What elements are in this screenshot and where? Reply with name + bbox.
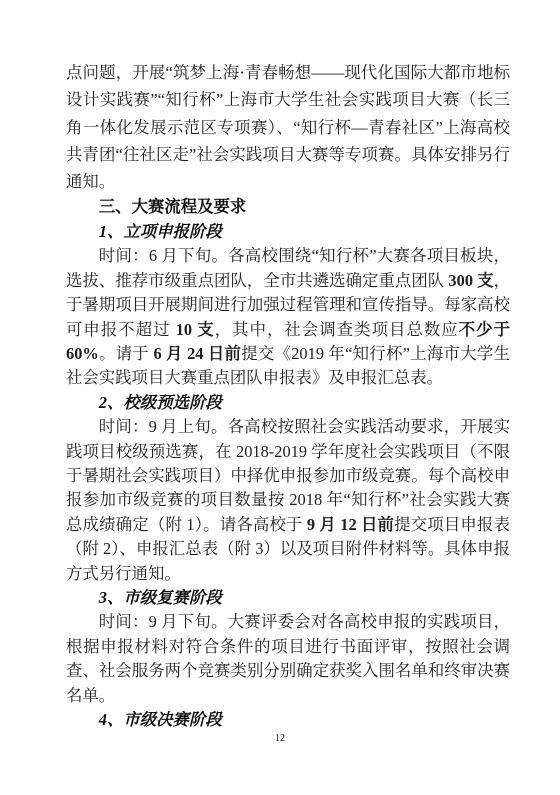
text-run: 点问题，开展“筑梦上海·青春畅想——现代化国际大都市地标设计实践赛”“知行杯”上…: [66, 63, 510, 191]
document-page: 点问题，开展“筑梦上海·青春畅想——现代化国际大都市地标设计实践赛”“知行杯”上…: [0, 0, 560, 795]
text-run: ，其中，社会调查类项目总数应: [215, 320, 459, 339]
text-run: 4、市级决赛阶段: [99, 710, 222, 729]
body-paragraph: 点问题，开展“筑梦上海·青春畅想——现代化国际大都市地标设计实践赛”“知行杯”上…: [66, 59, 510, 195]
text-run: 1、立项申报阶段: [99, 222, 222, 241]
document-body: 点问题，开展“筑梦上海·青春畅想——现代化国际大都市地标设计实践赛”“知行杯”上…: [66, 59, 510, 732]
text-run: 6 月 24 日前: [153, 344, 241, 363]
sub-heading: 3、市级复赛阶段: [66, 586, 510, 610]
text-run: 3、市级复赛阶段: [99, 588, 222, 607]
body-paragraph: 时间：9 月上旬。各高校按照社会实践活动要求，开展实践项目校级预选赛，在 201…: [66, 415, 510, 586]
body-paragraph: 时间：6 月下旬。各高校围绕“知行杯”大赛各项目板块，选拔、推荐市级重点团队，全…: [66, 244, 510, 390]
text-run: 2、校级预选阶段: [99, 393, 222, 412]
text-run: 时间：9 月下旬。大赛评委会对各高校申报的实践项目，根据申报材料对符合条件的项目…: [66, 612, 510, 704]
sub-heading: 4、市级决赛阶段: [66, 708, 510, 732]
text-run: 三、大赛流程及要求: [99, 198, 247, 216]
sub-heading: 2、校级预选阶段: [66, 391, 510, 415]
text-run: 。请于: [99, 344, 154, 363]
page-number: 12: [0, 733, 560, 744]
sub-heading: 1、立项申报阶段: [66, 220, 510, 244]
text-run: 10 支: [176, 320, 215, 339]
text-run: 300 支: [448, 271, 493, 290]
text-run: 9 月 12 日前: [307, 515, 394, 534]
text-run: 时间：6 月下旬。各高校围绕“知行杯”大赛各项目板块，选拔、推荐市级重点团队，全…: [66, 246, 510, 289]
body-paragraph: 时间：9 月下旬。大赛评委会对各高校申报的实践项目，根据申报材料对符合条件的项目…: [66, 610, 510, 708]
section-heading: 三、大赛流程及要求: [66, 195, 510, 219]
